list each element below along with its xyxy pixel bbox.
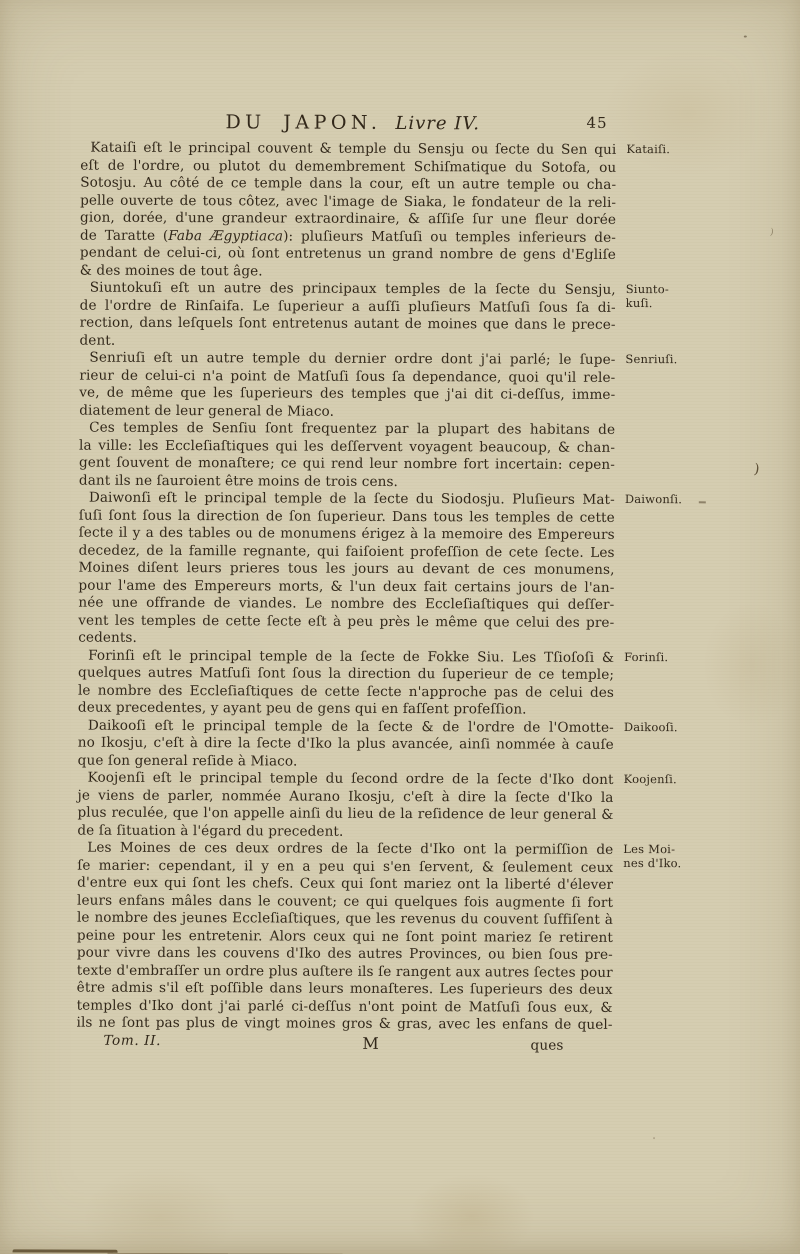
volume-label: Tom. II. <box>103 1032 161 1050</box>
margin-note: Siunto-kuſi. <box>626 283 712 310</box>
text-line: d'entre eux qui ſont les chefs. Ceux qui… <box>77 875 613 895</box>
text-line: Kataiſi eſt le principal couvent & templ… <box>80 140 616 160</box>
text-line: Siuntokuſi eſt un autre des principaux t… <box>80 280 616 300</box>
paragraph: Kataiſi eſt le principal couvent & templ… <box>80 140 617 282</box>
paragraph: Ces temples de Senſiu ſont frequentez pa… <box>79 420 615 492</box>
ink-mark: ) <box>753 461 761 478</box>
paragraph: Forinſi eſt le principal temple de la ſe… <box>78 647 614 719</box>
text-line: plus reculée, que l'on appelle ainſi du … <box>77 805 613 825</box>
text-line: Les Moines de ces deux ordres de la ſect… <box>77 840 613 860</box>
text-line: Moines diſent leurs prieres tous les jou… <box>78 560 614 580</box>
margin-note: Forinſi. <box>624 650 710 664</box>
paragraphs-container: Kataiſi eſt le principal couvent & templ… <box>77 140 617 1035</box>
paragraph: Daiwonſi eſt le principal temple de la ſ… <box>78 490 615 650</box>
text-line: ſecte il y a des tables ou de monumens é… <box>79 525 615 545</box>
scan-edge-shadow <box>13 1249 118 1252</box>
text-line: pour vivre dans les couvens d'Iko des au… <box>77 945 613 965</box>
text-line: gion, dorée, d'une grandeur extraordinai… <box>80 210 616 230</box>
running-title: DU JAPON. <box>225 111 381 134</box>
paragraph: Daikooſi eſt le principal temple de la ſ… <box>78 717 614 772</box>
text-block: Kataiſi eſt le principal couvent & templ… <box>76 140 616 1053</box>
margin-note: Senriuſi. <box>625 353 711 367</box>
signature-mark: M <box>362 1034 379 1052</box>
text-line: le nombre des jeunes Eccleſiaſtiques, qu… <box>77 910 613 930</box>
margin-note: Koojenſi. <box>624 773 710 787</box>
text-line: ve, de même que les ſuperieurs des templ… <box>79 385 615 405</box>
margin-note: Daiwonſi. <box>625 493 711 507</box>
text-line: vent les temples de cette ſecte eſt à pe… <box>78 612 614 632</box>
text-line: Sotosju. Au côté de ce temple dans la co… <box>80 175 616 195</box>
page-number: 45 <box>586 114 607 132</box>
paragraph: Les Moines de ces deux ordres de la ſect… <box>77 840 614 1035</box>
paper-speck <box>653 1137 655 1139</box>
book-title: Livre IV. <box>395 113 480 134</box>
page-sheet: DU JAPON.Livre IV. 45 Kataiſi eſt le pri… <box>0 0 800 1254</box>
italic-phrase: Faba Ægyptiaca <box>168 227 283 244</box>
book-page-scan: { "page": { "header": { "title_main": "D… <box>0 0 800 1254</box>
text-line: no Ikosju, c'eſt à dire la ſecte d'Iko l… <box>78 735 614 755</box>
ink-mark-small: ) <box>769 227 774 237</box>
margin-note: Daikooſi. <box>624 720 710 734</box>
paragraph: Koojenſi eſt le principal temple du ſeco… <box>77 770 613 842</box>
margin-note: Kataiſi. <box>626 143 712 157</box>
ink-dash <box>699 501 706 503</box>
text-line: pendant de celui-ci, où ſont entretenus … <box>80 245 616 265</box>
text-line: Koojenſi eſt le principal temple du ſeco… <box>78 770 614 790</box>
paper-speck <box>246 502 249 505</box>
page-header: DU JAPON.Livre IV. <box>80 110 616 137</box>
scan-edge-shadow-2 <box>108 1251 368 1254</box>
page-footer: Tom. II. M ques <box>76 1032 612 1052</box>
text-line: Daiwonſi eſt le principal temple de la ſ… <box>79 490 615 510</box>
text-line: quelques autres Matſuſi ſont ſous la dir… <box>78 665 614 685</box>
text-line: gent ſouvent de monaſtere; ce qui rend l… <box>79 455 615 475</box>
catchword: ques <box>531 1037 564 1055</box>
paper-speck <box>744 35 747 37</box>
text-line: Senriuſi eſt un autre temple du dernier … <box>79 350 615 370</box>
text-line: être admis s'il eſt poſſible dans leurs … <box>77 980 613 1000</box>
text-line: née une offrande de viandes. Le nombre d… <box>78 595 614 615</box>
text-line: rection, dans leſquels ſont entretenus a… <box>80 315 616 335</box>
paragraph: Senriuſi eſt un autre temple du dernier … <box>79 350 615 422</box>
text-line: Ces temples de Senſiu ſont frequentez pa… <box>79 420 615 440</box>
margin-note: Les Moi-nes d'Iko. <box>623 843 709 870</box>
paragraph: Siuntokuſi eſt un autre des principaux t… <box>79 280 615 352</box>
